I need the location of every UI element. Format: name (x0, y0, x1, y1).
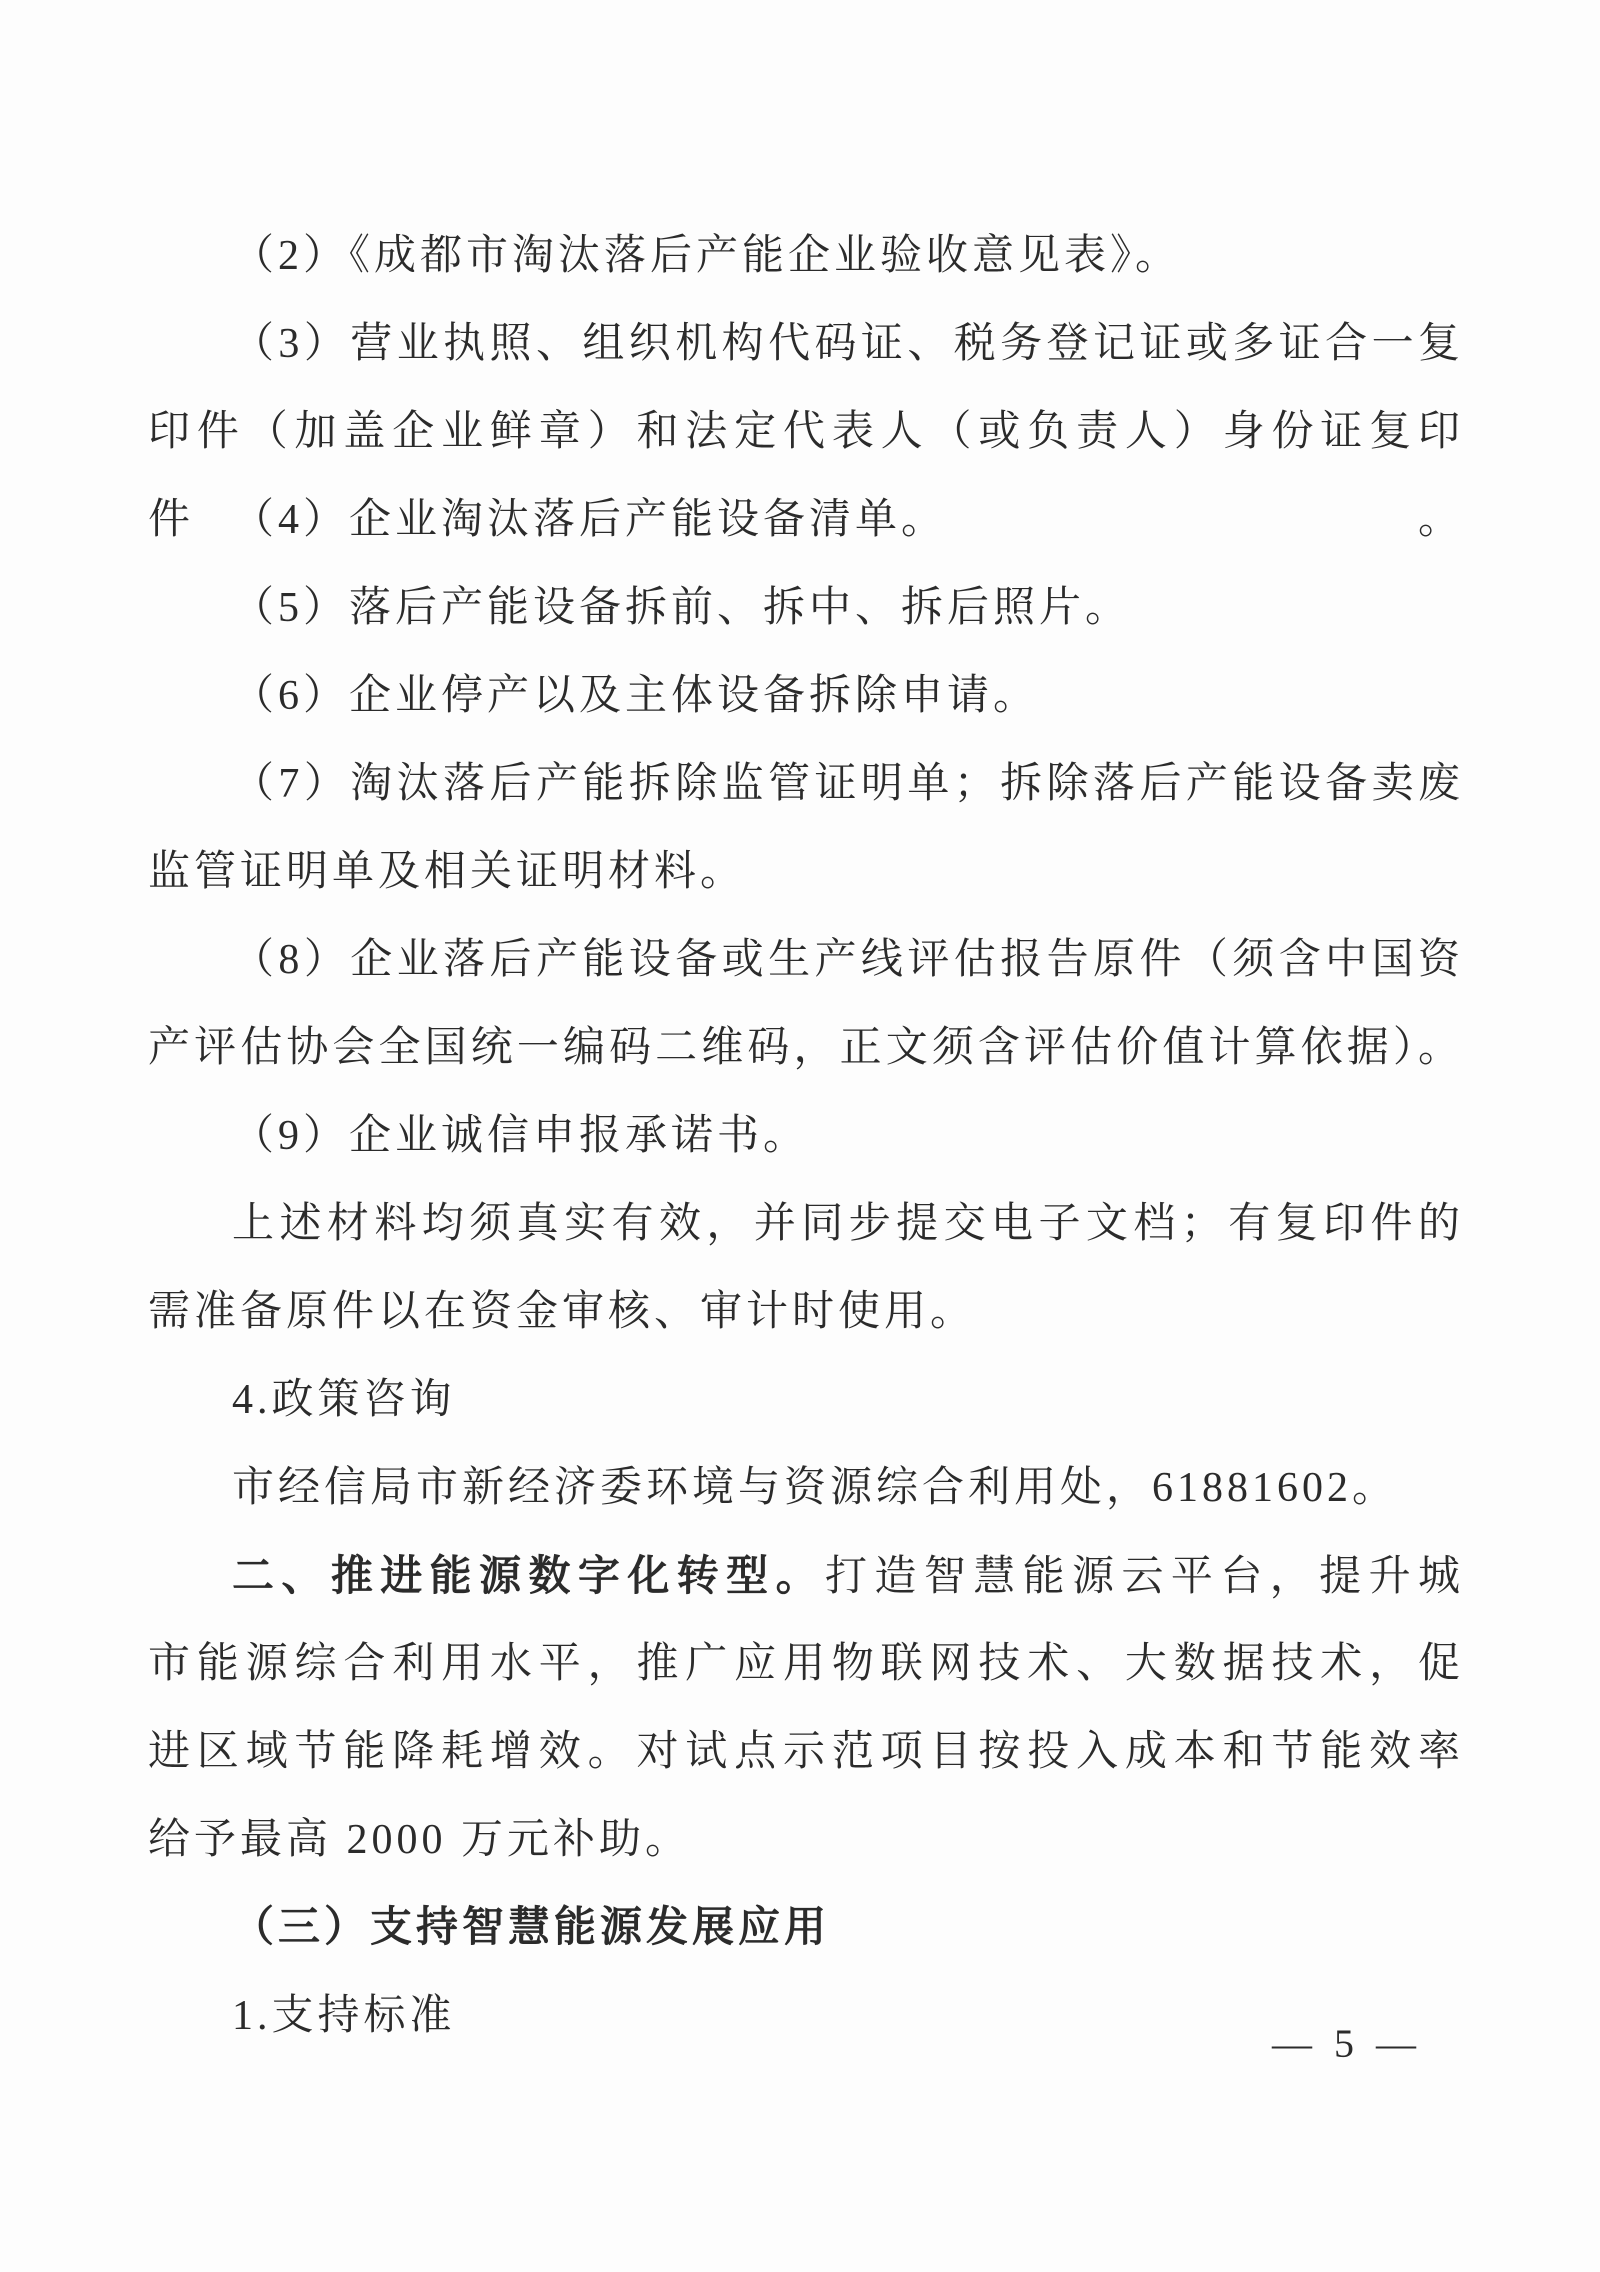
list-item-7-line-2: 监管证明单及相关证明材料。 (148, 828, 1464, 916)
document-body: （2）《成都市淘汰落后产能企业验收意见表》。 （3）营业执照、组织机构代码证、税… (148, 212, 1464, 2060)
section-2-body-start: 打造智慧能源云平台，提升城 (825, 1554, 1464, 1600)
list-item-3-line-1: （3）营业执照、组织机构代码证、税务登记证或多证合一复 (148, 300, 1464, 388)
document-page: （2）《成都市淘汰落后产能企业验收意见表》。 （3）营业执照、组织机构代码证、税… (0, 0, 1600, 2272)
note-paragraph-line-1: 上述材料均须真实有效，并同步提交电子文档；有复印件的 (148, 1180, 1464, 1268)
list-item-2: （2）《成都市淘汰落后产能企业验收意见表》。 (148, 212, 1464, 300)
list-item-7-line-1: （7）淘汰落后产能拆除监管证明单；拆除落后产能设备卖废 (148, 740, 1464, 828)
subsection-heading-policy-consult: 4.政策咨询 (148, 1356, 1464, 1444)
contact-info-line: 市经信局市新经济委环境与资源综合利用处，61881602。 (148, 1444, 1464, 1532)
list-item-8-line-2: 产评估协会全国统一编码二维码，正文须含评估价值计算依据）。 (148, 1004, 1464, 1092)
list-item-9: （9）企业诚信申报承诺书。 (148, 1092, 1464, 1180)
list-item-3-line-2: 印件（加盖企业鲜章）和法定代表人（或负责人）身份证复印件。 (148, 388, 1464, 476)
section-heading-2-line: 二、推进能源数字化转型。打造智慧能源云平台，提升城 (148, 1532, 1464, 1620)
page-number: — 5 — (1272, 2020, 1422, 2067)
list-item-8-line-1: （8）企业落后产能设备或生产线评估报告原件（须含中国资 (148, 916, 1464, 1004)
section-2-body-line-2: 市能源综合利用水平，推广应用物联网技术、大数据技术，促 (148, 1620, 1464, 1708)
section-2-body-line-4: 给予最高 2000 万元补助。 (148, 1796, 1464, 1884)
subsection-heading-3: （三）支持智慧能源发展应用 (148, 1884, 1464, 1972)
subsection-item-support-standard: 1.支持标准 (148, 1972, 1464, 2060)
list-item-5: （5）落后产能设备拆前、拆中、拆后照片。 (148, 564, 1464, 652)
note-paragraph-line-2: 需准备原件以在资金审核、审计时使用。 (148, 1268, 1464, 1356)
section-2-body-line-3: 进区域节能降耗增效。对试点示范项目按投入成本和节能效率 (148, 1708, 1464, 1796)
list-item-6: （6）企业停产以及主体设备拆除申请。 (148, 652, 1464, 740)
section-heading-2-title: 二、推进能源数字化转型。 (232, 1552, 825, 1599)
